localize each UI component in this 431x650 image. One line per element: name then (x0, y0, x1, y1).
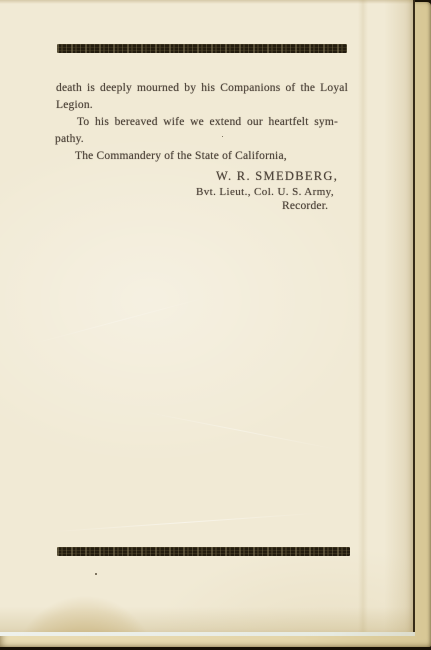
paper-crease (50, 513, 319, 533)
scanned-document: death is deeply mourned by his Companion… (0, 0, 431, 650)
document-page: death is deeply mourned by his Companion… (0, 0, 415, 632)
paper-crease (33, 297, 207, 345)
body-line-3: To his bereaved wife we extend our heart… (77, 116, 338, 129)
top-rule (57, 44, 347, 53)
body-line-4: pathy. (55, 133, 84, 146)
body-line-5: The Commandery of the State of Californi… (75, 150, 287, 163)
paper-crease (142, 411, 339, 450)
signature-role: Recorder. (282, 200, 328, 213)
body-line-1: death is deeply mourned by his Companion… (56, 82, 348, 95)
bottom-rule (57, 547, 350, 556)
page-wrap: death is deeply mourned by his Companion… (0, 0, 415, 636)
paper-speck (222, 136, 223, 137)
page-bottom-edge-highlight (0, 632, 415, 636)
signature-name: W. R. SMEDBERG, (216, 170, 338, 183)
signature-title: Bvt. Lieut., Col. U. S. Army, (196, 186, 334, 199)
paper-speck (95, 573, 97, 575)
body-line-2: Legion. (56, 99, 93, 112)
